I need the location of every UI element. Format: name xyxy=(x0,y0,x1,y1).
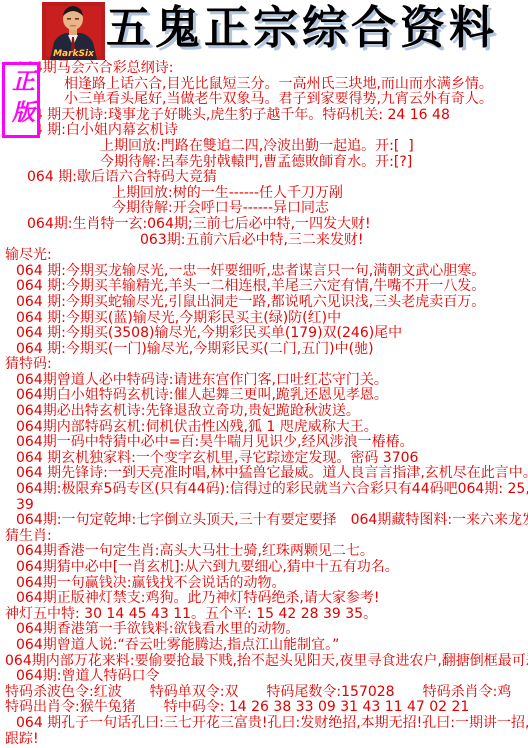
authentic-version-badge: 正版 xyxy=(2,62,40,138)
text-line: 064期一码中特猜中必中=百:昊牛喘月见识少,经风涉浪一椿椿。 xyxy=(0,435,528,451)
text-line: 064期一句赢钱决:赢钱找不会说话的动物。 xyxy=(0,576,528,592)
text-line: 064期马会六合彩总纲诗: xyxy=(0,61,528,77)
text-line: 064期内部万花来料:要偷要抢最下贱,抬不起头见阳天,夜里寻食进农户,翻搪倒框最… xyxy=(0,654,528,670)
text-line: 064 期:今期买蛇输尽光,引鼠出洞走一路,都说吼六见识浅,三头老虎卖百万。 xyxy=(0,295,528,311)
lottery-info-sheet: MarkSix 五鬼正宗综合资料 正版 064期马会六合彩总纲诗:相逢路上话六合… xyxy=(0,0,528,748)
text-line: 39 xyxy=(0,498,528,514)
text-line: 064 期:白小姐内幕玄机诗 xyxy=(0,123,528,139)
text-line: 064 期:今期买(蓝)输尽光,今期彩民买主(绿)防(红)中 xyxy=(0,311,528,327)
text-line: 064期猜中必中[一肖玄机]:从六到九要细心,猜中十五有功名。 xyxy=(0,560,528,576)
text-line: 今期待解:呂奉先射戟轅門,曹孟德敗師育水。开:[?] xyxy=(0,155,528,171)
content-text-block: 064期马会六合彩总纲诗:相逢路上话六合,目光比鼠短三分。一高州氏三块地,而山而… xyxy=(0,61,528,747)
photo-watermark-label: MarkSix xyxy=(42,49,105,59)
text-line: 064期内部特码玄机:伺机伏击性凶残,狐 1 咫虎威称大王。 xyxy=(0,420,528,436)
text-line: 064 期先锋诗:一到天亮准时唱,林中猛兽它最威。道人良言言指津,玄机尽在此言中… xyxy=(0,466,528,482)
portrait-photo: MarkSix xyxy=(42,2,105,60)
text-line: 064期必出特玄机诗:先锋退敌立奇功,贵妃跪跄秋波送。 xyxy=(0,404,528,420)
text-line: 相逢路上话六合,目光比鼠短三分。一高州氏三块地,而山而水满乡情。 xyxy=(0,77,528,93)
text-line: 064期香港第一手欲钱料:欲钱看水里的动物。 xyxy=(0,622,528,638)
text-line: 上期回放:树的一生------任人千刀万剐 xyxy=(0,186,528,202)
text-line: 064期:曾道人特码口令 xyxy=(0,669,528,685)
text-line: 064 期孔子一句话孔曰:三七开花三富贵!孔曰:发财绝招,本期无招!孔曰:一期讲… xyxy=(0,716,528,732)
text-line: 064 期:今期买(一门)输尽光,今期彩民买(二门,五门)中(驰) xyxy=(0,342,528,358)
text-line: 064期曾道人说:“吞云吐雾能腾达,指点江山能制宜。” xyxy=(0,638,528,654)
text-line: 064期:一句定乾坤:七字倒立头顶天,三十有要定要择 064期藏特图料:一来六来… xyxy=(0,513,528,529)
text-line: 064期:极限弃5码专区(只有44码):信得过的彩民就当六合彩只有44码吧064… xyxy=(0,482,528,498)
text-line: 今期待解:开会呼口号------异口同志 xyxy=(0,201,528,217)
text-line: 063期:五前六后必中特,三二来发财! xyxy=(0,233,528,249)
text-line: 特码杀波色令:红波 特码单双令:双 特码尾数令:157028 特码杀肖令:鸡 xyxy=(0,685,528,701)
text-line: 064 期:今期买(3508)输尽光,今期彩民买单(179)双(246)尾中 xyxy=(0,326,528,342)
text-line: 上期回放:門路在雙追二四,冷波出勤一起追。开:[ ] xyxy=(0,139,528,155)
text-line: 064 期:今期买龙输尽光,一忠一奸要细听,忠者谋言只一句,满朝文武心胆寒。 xyxy=(0,264,528,280)
text-line: 064期白小姐特码玄机诗:催人起舞三更叫,跪乳还恩见孝恩。 xyxy=(0,388,528,404)
text-line: 猜特码: xyxy=(0,357,528,373)
text-line: 输尽光: xyxy=(0,248,528,264)
text-line: 064 期:歇后语六合特码大竞猜 xyxy=(0,170,528,186)
text-line: 跟踪! xyxy=(0,732,528,748)
page-title: 五鬼正宗综合资料 xyxy=(106,2,526,54)
text-line: 小三单看头尾好,当做老牛双象马。君子到家要得势,九宵云外有奇人。 xyxy=(0,92,528,108)
text-line: 064期正版神灯禁支:鸡狗。此乃神灯特码绝杀,请大家参考! xyxy=(0,591,528,607)
text-line: 特码出肖令:猴牛兔猪 特中码令: 14 26 38 33 09 31 43 11… xyxy=(0,700,528,716)
badge-label: 正版 xyxy=(5,69,37,131)
text-line: 064 期:今期买羊输精光,羊头一二相连根,羊尾三六定有情,牛嘴不开一八发。 xyxy=(0,279,528,295)
text-line: 064期:生肖特一玄:064期;三前七后必中特,一四发大财! xyxy=(0,217,528,233)
text-line: 064期香港一句定生肖:高头大马壮士骑,红珠两颗见二七。 xyxy=(0,544,528,560)
